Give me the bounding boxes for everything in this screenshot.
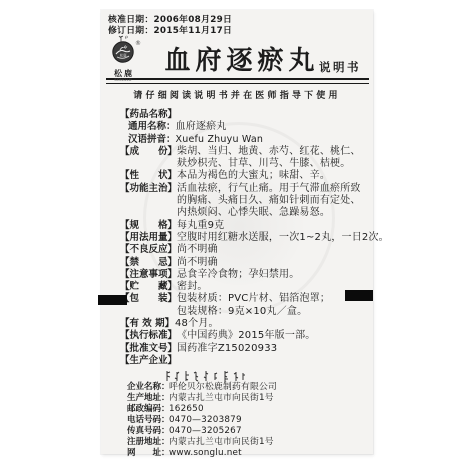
section-storage: 【贮 藏】 密封。 — [120, 281, 369, 293]
phone-row: 电话号码：0470—3203879 — [127, 415, 373, 426]
section-functions: 【功能主治】 活血祛瘀，行气止痛。用于气滞血瘀所致 的胸痛、头痛日久、痛如针刺而… — [120, 183, 369, 220]
section-dosage: 【用法用量】 空腹时用红糖水送服，一次1~2丸，一日2次。 — [120, 232, 369, 244]
section-manufacturer: 【生产企业】 — [120, 355, 369, 367]
revision-date: 修订日期：2015年11月17日 — [108, 26, 373, 37]
print-registration-mark-left — [98, 295, 127, 305]
section-description: 【性 状】 本品为褐色的大蜜丸；味甜、辛。 — [120, 170, 369, 182]
section-approval-number: 【批准文号】 国药准字Z15020933 — [120, 343, 369, 355]
section-generic-name: 通用名称： 血府逐瘀丸 — [120, 121, 369, 133]
date-block: 核准日期：2006年08月29日 修订日期：2015年11月17日 — [101, 10, 373, 37]
drug-title: 血府逐瘀丸 — [164, 40, 319, 77]
package-insert-scan: { "colors": { "paper": "#f4f3f1", "ink":… — [0, 0, 472, 472]
company-name-row: 企业名称：呼伦贝尔松鹿制药有限公司 — [127, 382, 373, 393]
title-divider-rule — [106, 78, 369, 84]
print-registration-mark-right — [345, 290, 373, 301]
insert-paper: 核准日期：2006年08月29日 修订日期：2015年11月17日 松鹿 ® 松… — [101, 10, 373, 454]
insert-sections: 【药品名称】 通用名称： 血府逐瘀丸 汉语拼音： Xuefu Zhuyu Wan… — [101, 109, 373, 367]
manufacturer-block: 企业名称：呼伦贝尔松鹿制药有限公司 生产地址：内蒙古扎兰屯市向民街1号 邮政编码… — [101, 368, 373, 459]
company-info: 企业名称：呼伦贝尔松鹿制药有限公司 生产地址：内蒙古扎兰屯市向民街1号 邮政编码… — [101, 382, 373, 459]
section-ingredients: 【成 份】 柴胡、当归、地黄、赤芍、红花、桃仁、 麸炒枳壳、甘草、川芎、牛膝、桔… — [120, 146, 369, 171]
section-drug-name: 【药品名称】 — [120, 109, 369, 121]
postal-code-row: 邮政编码：162650 — [127, 404, 373, 415]
approval-date: 核准日期：2006年08月29日 — [108, 15, 373, 26]
doc-type-label: 说明书 — [319, 59, 361, 75]
logo-brand-latin: SONGLU — [110, 78, 137, 83]
section-pinyin: 汉语拼音： Xuefu Zhuyu Wan — [120, 134, 369, 146]
section-standard: 【执行标准】 《中国药典》2015年版一部。 — [120, 330, 369, 342]
section-adverse-reactions: 【不良反应】 尚不明确 — [120, 244, 369, 256]
mongolian-script — [163, 368, 373, 381]
production-address-row: 生产地址：内蒙古扎兰屯市向民街1号 — [127, 393, 373, 404]
website-row: 网 址：www.songlu.net — [127, 448, 373, 459]
section-spec: 【规 格】 每丸重9克 — [120, 220, 369, 232]
advisory-line: 请仔细阅读说明书并在医师指导下使用 — [101, 88, 373, 101]
section-packaging: 【包 装】 包装材质：PVC片材、铝箔泡罩； 包装规格：9克×10丸／盒。 — [120, 293, 369, 318]
registered-address-row: 注册地址：内蒙古扎兰屯市向民街1号 — [127, 437, 373, 448]
section-contraindications: 【禁 忌】 尚不明确 — [120, 257, 369, 269]
fax-row: 传真号码：0470—3205267 — [127, 426, 373, 437]
brand-header: 松鹿 ® 松鹿 SONGLU 血府逐瘀丸 说明书 — [101, 38, 373, 76]
section-shelf-life: 【有 效 期】 48个月。 — [120, 318, 369, 330]
section-precautions: 【注意事项】 忌食辛冷食物；孕妇禁用。 — [120, 269, 369, 281]
